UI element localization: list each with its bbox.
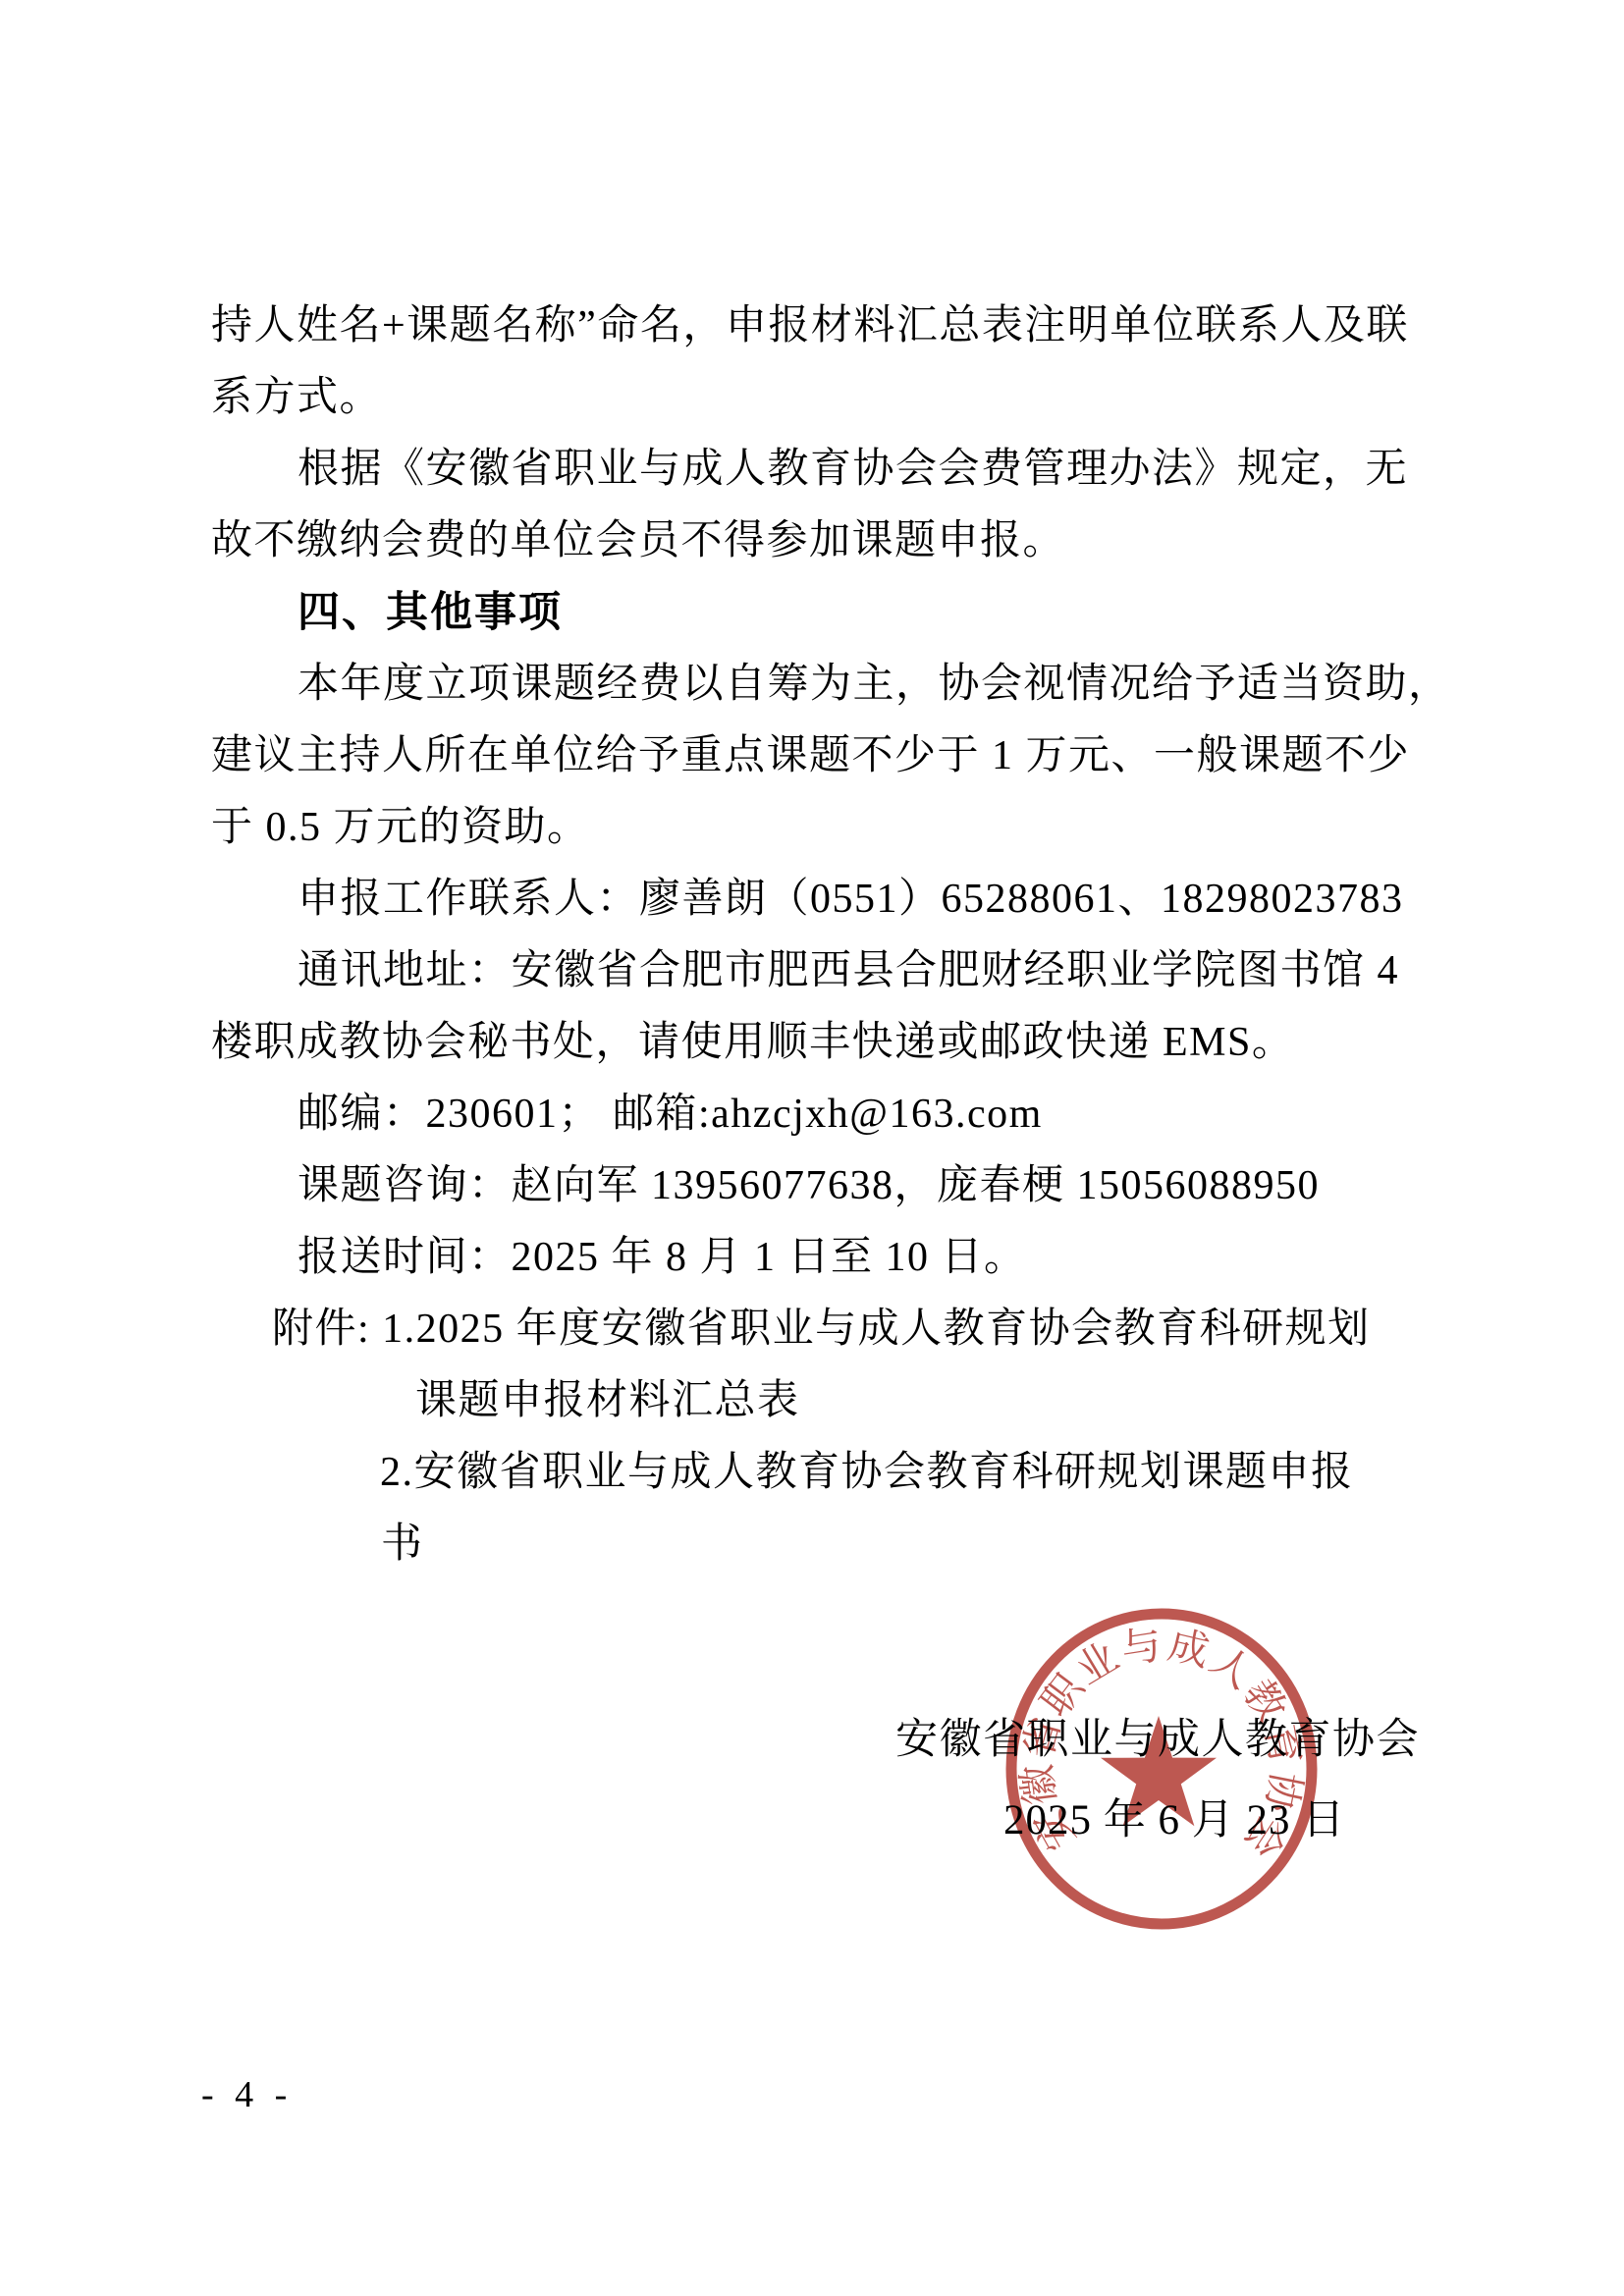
body-text-block: 持人姓名+课题名称”命名，申报材料汇总表注明单位联系人及联 系方式。 根据《安徽… <box>211 291 1458 1580</box>
address-line: 通讯地址：安徽省合肥市肥西县合肥财经职业学院图书馆 4 <box>211 935 1458 1007</box>
body-line: 本年度立项课题经费以自筹为主，协会视情况给予适当资助， <box>211 649 1458 721</box>
consult-line: 课题咨询：赵向军 13956077638，庞春梗 15056088950 <box>211 1150 1458 1222</box>
page-number: - 4 - <box>201 2073 293 2116</box>
body-line: 持人姓名+课题名称”命名，申报材料汇总表注明单位联系人及联 <box>211 291 1458 362</box>
deadline-line: 报送时间：2025 年 8 月 1 日至 10 日。 <box>211 1222 1458 1294</box>
address-line: 楼职成教协会秘书处，请使用顺丰快递或邮政快递 EMS。 <box>211 1007 1458 1079</box>
contact-line: 申报工作联系人：廖善朗（0551）65288061、18298023783 <box>211 864 1458 935</box>
body-line: 根据《安徽省职业与成人教育协会会费管理办法》规定，无 <box>211 434 1458 506</box>
body-line: 建议主持人所在单位给予重点课题不少于 1 万元、一般课题不少 <box>211 721 1458 792</box>
closing-date: 2025 年 6 月 23 日 <box>1003 1787 1345 1846</box>
body-line: 系方式。 <box>211 362 1458 434</box>
attachment-line: 课题申报材料汇总表 <box>211 1365 1458 1437</box>
document-page: 持人姓名+课题名称”命名，申报材料汇总表注明单位联系人及联 系方式。 根据《安徽… <box>0 0 1624 2296</box>
body-line: 故不缴纳会费的单位会员不得参加课题申报。 <box>211 506 1458 577</box>
postcode-email-line: 邮编：230601； 邮箱:ahzcjxh@163.com <box>211 1079 1458 1150</box>
section-heading: 四、其他事项 <box>211 577 1458 649</box>
body-line: 于 0.5 万元的资助。 <box>211 792 1458 864</box>
attachment-line: 附件: 1.2025 年度安徽省职业与成人教育协会教育科研规划 <box>211 1294 1458 1365</box>
attachment-line: 2.安徽省职业与成人教育协会教育科研规划课题申报 <box>211 1437 1458 1509</box>
closing-org-name: 安徽省职业与成人教育协会 <box>895 1706 1420 1766</box>
official-seal: 安徽省职业与成人教育协会 <box>995 1597 1328 1941</box>
attachment-line: 书 <box>211 1509 1458 1580</box>
